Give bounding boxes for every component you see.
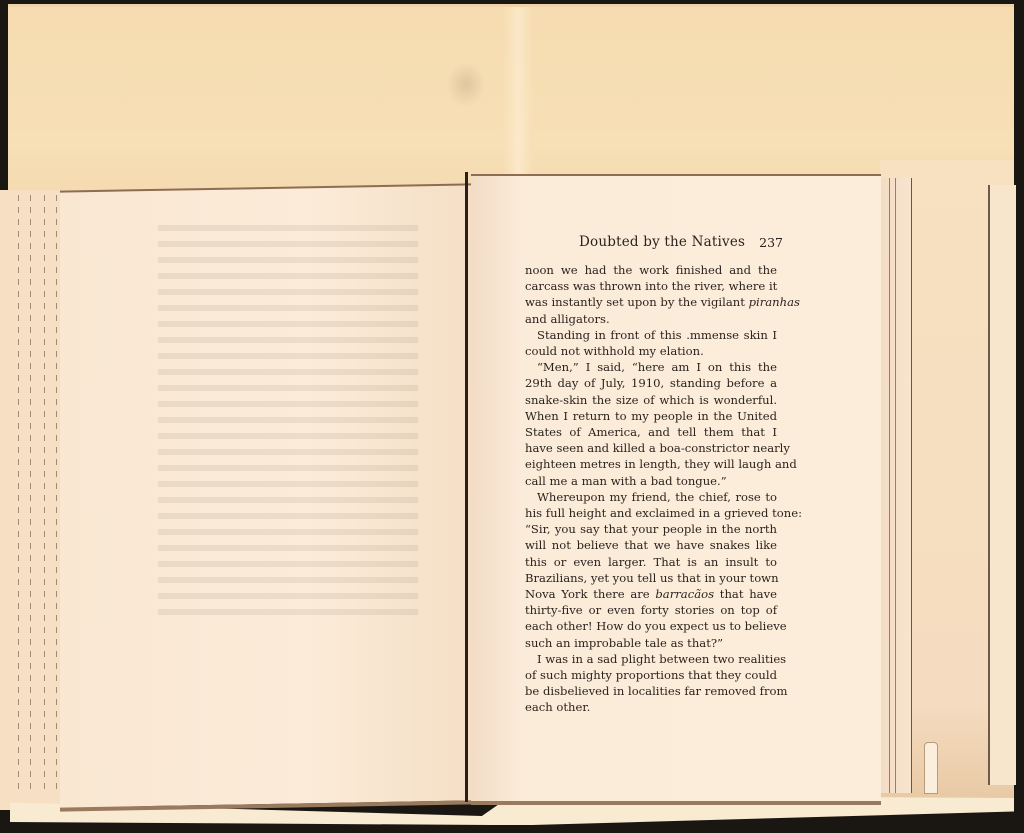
chapter-title: Doubted by the Natives — [579, 234, 745, 250]
text-line: each other! How do you expect us to beli… — [525, 618, 777, 634]
right-edge-strip — [988, 185, 1016, 785]
page-edge-line — [44, 195, 45, 795]
paper-tab-marker — [924, 742, 938, 794]
italic-term: piranhas — [749, 295, 800, 309]
ink-smudge — [446, 62, 486, 107]
page-edge-line — [18, 195, 19, 795]
text-line: such an improbable tale as that?” — [525, 635, 777, 651]
right-page-stack — [881, 178, 912, 793]
text-line: “Sir, you say that your people in the no… — [525, 521, 777, 537]
text-line: this or even larger. That is an insult t… — [525, 554, 777, 570]
text-line: was instantly set upon by the vigilant p… — [525, 294, 777, 310]
text-line: call me a man with a bad tongue.” — [525, 473, 777, 489]
text-line: Standing in front of this .mmense skin I — [525, 327, 777, 343]
text-line: “Men,” I said, “here am I on this the — [525, 359, 777, 375]
text-line: When I return to my people in the United — [525, 408, 777, 424]
text-line: 29th day of July, 1910, standing before … — [525, 375, 777, 391]
text-line: his full height and exclaimed in a griev… — [525, 505, 777, 521]
running-head: Doubted by the Natives 237 — [525, 234, 783, 254]
text-line: could not withhold my elation. — [525, 343, 777, 359]
scanned-book-scene: Doubted by the Natives 237 noon we had t… — [0, 0, 1024, 833]
text-line: eighteen metres in length, they will lau… — [525, 456, 777, 472]
italic-term: barracãos — [655, 587, 714, 601]
text-line: Whereupon my friend, the chief, rose to — [525, 489, 777, 505]
text-line: have seen and killed a boa-constrictor n… — [525, 440, 777, 456]
text-line: noon we had the work finished and the — [525, 262, 777, 278]
text-line: snake-skin the size of which is wonderfu… — [525, 392, 777, 408]
left-page-show-through — [158, 225, 418, 625]
text-line: thirty-five or even forty stories on top… — [525, 602, 777, 618]
text-line: Brazilians, yet you tell us that in your… — [525, 570, 777, 586]
page-edge-line — [30, 195, 31, 795]
text-line: carcass was thrown into the river, where… — [525, 278, 777, 294]
page-body-text: noon we had the work finished and thecar… — [525, 262, 777, 716]
text-line: will not believe that we have snakes lik… — [525, 537, 777, 553]
text-line: be disbelieved in localities far removed… — [525, 683, 777, 699]
text-line: I was in a sad plight between two realit… — [525, 651, 777, 667]
page-number: 237 — [759, 235, 783, 250]
text-line: and alligators. — [525, 311, 777, 327]
text-line: of such mighty proportions that they cou… — [525, 667, 777, 683]
text-line: each other. — [525, 699, 777, 715]
text-line: Nova York there are barracãos that have — [525, 586, 777, 602]
book-spine — [465, 172, 468, 802]
text-line: States of America, and tell them that I — [525, 424, 777, 440]
